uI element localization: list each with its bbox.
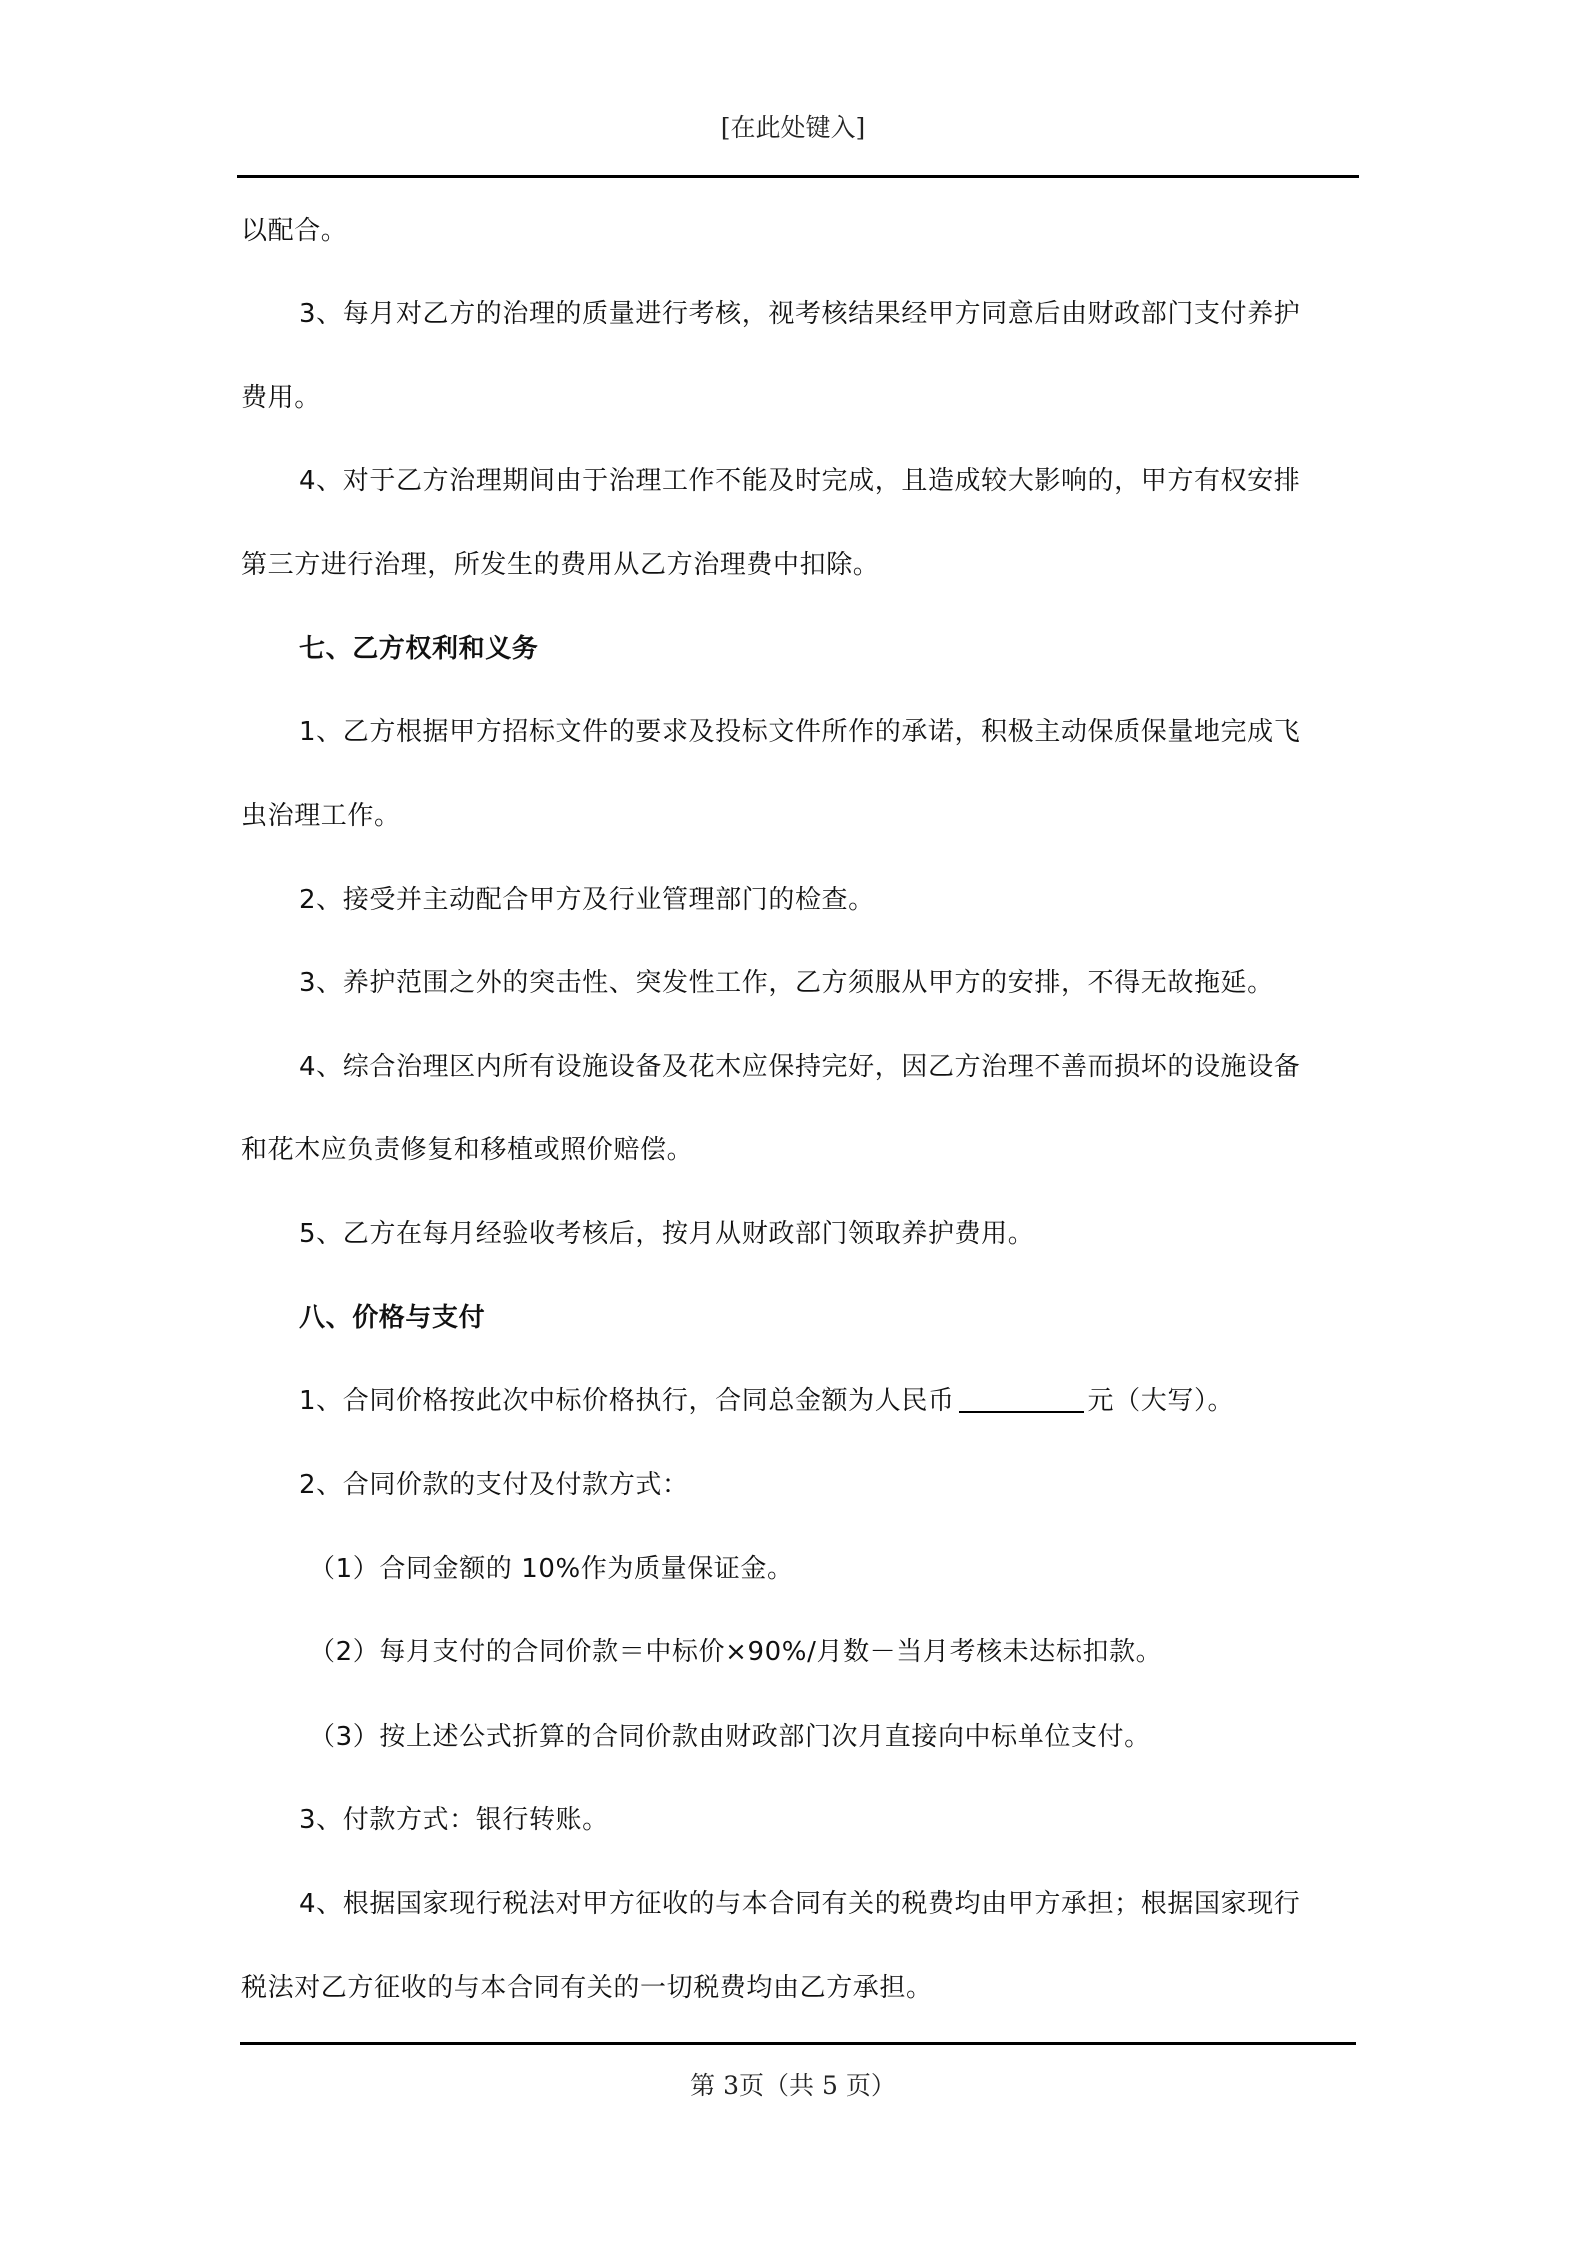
paragraph-line-with-blank: 1、合同价格按此次中标价格执行，合同总金额为人民币元（大写）。 — [299, 1384, 1411, 1418]
paragraph-line: 5、乙方在每月经验收考核后，按月从财政部门领取养护费用。 — [299, 1217, 1411, 1251]
paragraph-line: 和花木应负责修复和移植或照价赔偿。 — [241, 1133, 1353, 1167]
header-divider — [237, 175, 1359, 178]
paragraph-line: 1、乙方根据甲方招标文件的要求及投标文件所作的承诺，积极主动保质保量地完成飞 — [299, 715, 1411, 749]
paragraph-line: 费用。 — [241, 381, 1353, 415]
paragraph-line: 虫治理工作。 — [241, 799, 1353, 833]
paragraph-line: 4、根据国家现行税法对甲方征收的与本合同有关的税费均由甲方承担；根据国家现行 — [299, 1887, 1411, 1921]
paragraph-line: 税法对乙方征收的与本合同有关的一切税费均由乙方承担。 — [241, 1971, 1353, 2005]
paragraph-line: 2、接受并主动配合甲方及行业管理部门的检查。 — [299, 883, 1411, 917]
page-number: 第 3页（共 5 页） — [0, 2066, 1586, 2102]
paragraph-line: 3、付款方式：银行转账。 — [299, 1803, 1411, 1837]
paragraph-line: （1）合同金额的 10%作为质量保证金。 — [309, 1552, 1421, 1586]
section-heading: 八、价格与支付 — [299, 1301, 1411, 1335]
footer-divider — [240, 2042, 1356, 2045]
price-text-after: 元（大写）。 — [1088, 1386, 1235, 1416]
paragraph-line: 第三方进行治理，所发生的费用从乙方治理费中扣除。 — [241, 548, 1353, 582]
paragraph-line: 3、每月对乙方的治理的质量进行考核，视考核结果经甲方同意后由财政部门支付养护 — [299, 297, 1411, 331]
paragraph-line: 以配合。 — [241, 214, 1353, 248]
paragraph-line: 2、合同价款的支付及付款方式： — [299, 1468, 1411, 1502]
paragraph-line: 4、综合治理区内所有设施设备及花木应保持完好，因乙方治理不善而损坏的设施设备 — [299, 1050, 1411, 1084]
paragraph-line: 4、对于乙方治理期间由于治理工作不能及时完成，且造成较大影响的，甲方有权安排 — [299, 464, 1411, 498]
paragraph-line: （3）按上述公式折算的合同价款由财政部门次月直接向中标单位支付。 — [309, 1720, 1421, 1754]
paragraph-line: （2）每月支付的合同价款＝中标价×90%/月数－当月考核未达标扣款。 — [309, 1635, 1421, 1669]
paragraph-line: 3、养护范围之外的突击性、突发性工作，乙方须服从甲方的安排，不得无故拖延。 — [299, 966, 1411, 1000]
section-heading: 七、乙方权利和义务 — [299, 632, 1411, 666]
amount-blank-field[interactable] — [959, 1385, 1084, 1413]
page-header: [在此处键入] — [0, 108, 1586, 144]
price-text-before: 1、合同价格按此次中标价格执行，合同总金额为人民币 — [299, 1386, 955, 1416]
